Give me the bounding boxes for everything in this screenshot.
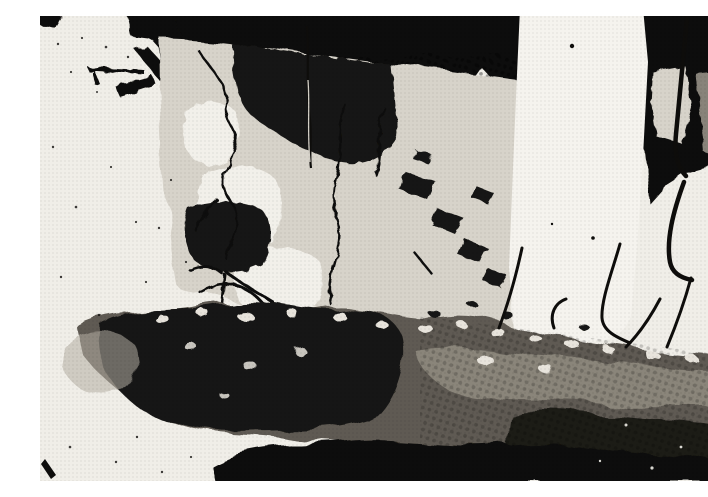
damage-photograph <box>40 16 708 481</box>
photo-frame <box>40 16 708 481</box>
halftone-grain-overlay <box>40 16 708 481</box>
